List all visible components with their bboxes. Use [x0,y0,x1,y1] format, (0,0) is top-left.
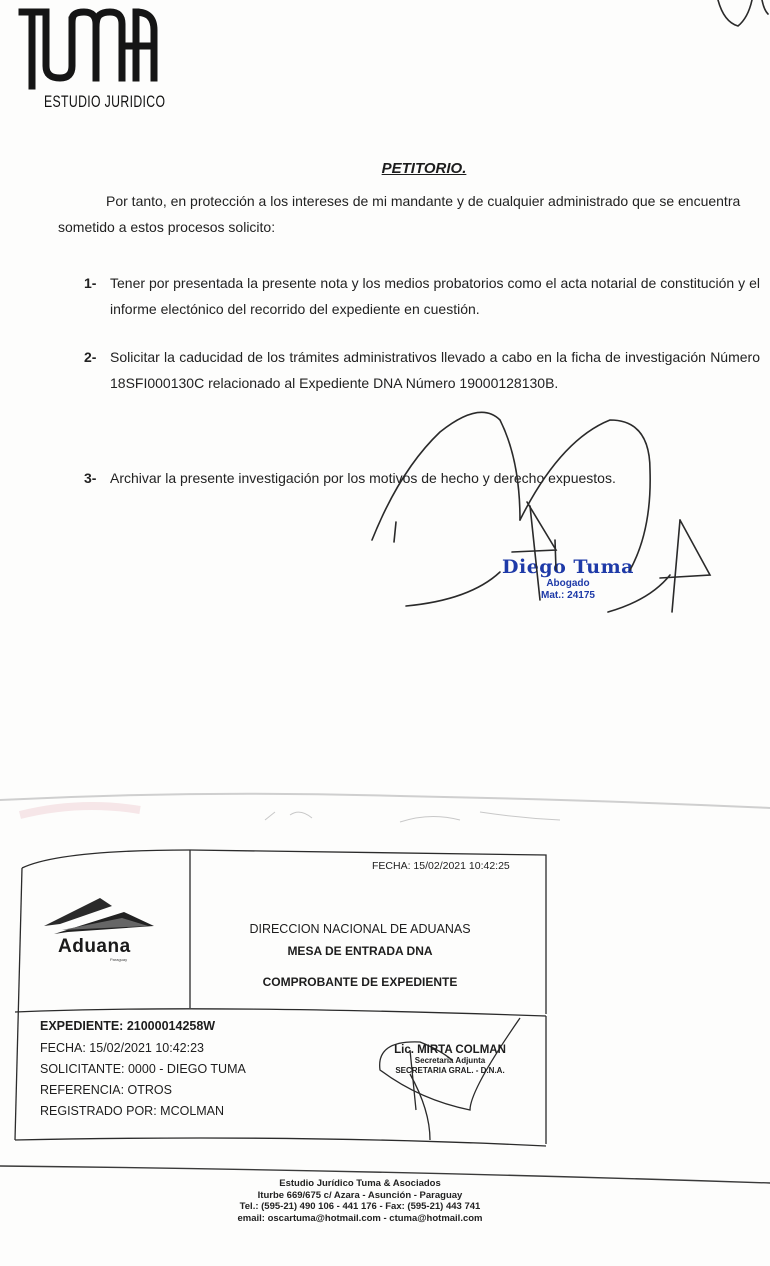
seal-role: Secretaria Adjunta [365,1056,535,1066]
tuma-logo-mark [18,6,168,96]
item-number: 3- [84,465,96,491]
item-text: Archivar la presente investigación por l… [110,465,760,491]
stamp-name: Diego Tuma [488,556,648,578]
seal-department: SECRETARIA GRAL. - D.N.A. [365,1066,535,1076]
list-item: 1- Tener por presentada la presente nota… [84,270,760,322]
aduana-logo-subtext: Paraguay [110,957,127,962]
receipt-office: MESA DE ENTRADA DNA [230,944,490,958]
receipt-document-type: COMPROBANTE DE EXPEDIENTE [230,975,530,989]
intro-paragraph: Por tanto, en protección a los intereses… [58,188,758,240]
firm-logo: ESTUDIO JURIDICO [18,6,168,118]
item-text: Tener por presentada la presente nota y … [110,270,760,322]
stamp-registration: Mat.: 24175 [488,590,648,602]
item-number: 1- [84,270,96,296]
receipt-fecha: FECHA: 15/02/2021 10:42:23 [40,1041,204,1055]
receipt-referencia: REFERENCIA: OTROS [40,1083,172,1097]
receipt-solicitante: SOLICITANTE: 0000 - DIEGO TUMA [40,1062,246,1076]
page-title: PETITORIO. [0,160,770,177]
lawyer-stamp: Diego Tuma Abogado Mat.: 24175 [488,556,648,602]
aduana-logo-text: Aduana [58,936,131,958]
official-seal: Lic. MIRTA COLMAN Secretaria Adjunta SEC… [365,1044,535,1076]
aduana-logo-icon [40,890,160,938]
logo-subtitle: ESTUDIO JURIDICO [44,92,165,112]
footer-phones: Tel.: (595-21) 490 106 - 441 176 - Fax: … [150,1201,570,1213]
footer-firm: Estudio Jurídico Tuma & Asociados [150,1178,570,1190]
receipt-institution: DIRECCION NACIONAL DE ADUANAS [230,922,490,936]
receipt-header-date: FECHA: 15/02/2021 10:42:25 [372,860,510,872]
list-item: 2- Solicitar la caducidad de los trámite… [84,344,760,396]
receipt-registrado: REGISTRADO POR: MCOLMAN [40,1104,224,1118]
item-text: Solicitar la caducidad de los trámites a… [110,344,760,396]
footer-email: email: oscartuma@hotmail.com - ctuma@hot… [150,1213,570,1225]
stamp-role: Abogado [488,578,648,590]
seal-name: Lic. MIRTA COLMAN [365,1044,535,1056]
letterhead-footer: Estudio Jurídico Tuma & Asociados Iturbe… [150,1178,570,1224]
item-number: 2- [84,344,96,370]
receipt-expediente: EXPEDIENTE: 21000014258W [40,1019,215,1033]
list-item: 3- Archivar la presente investigación po… [84,465,760,491]
footer-address: Iturbe 669/675 c/ Azara - Asunción - Par… [150,1190,570,1202]
